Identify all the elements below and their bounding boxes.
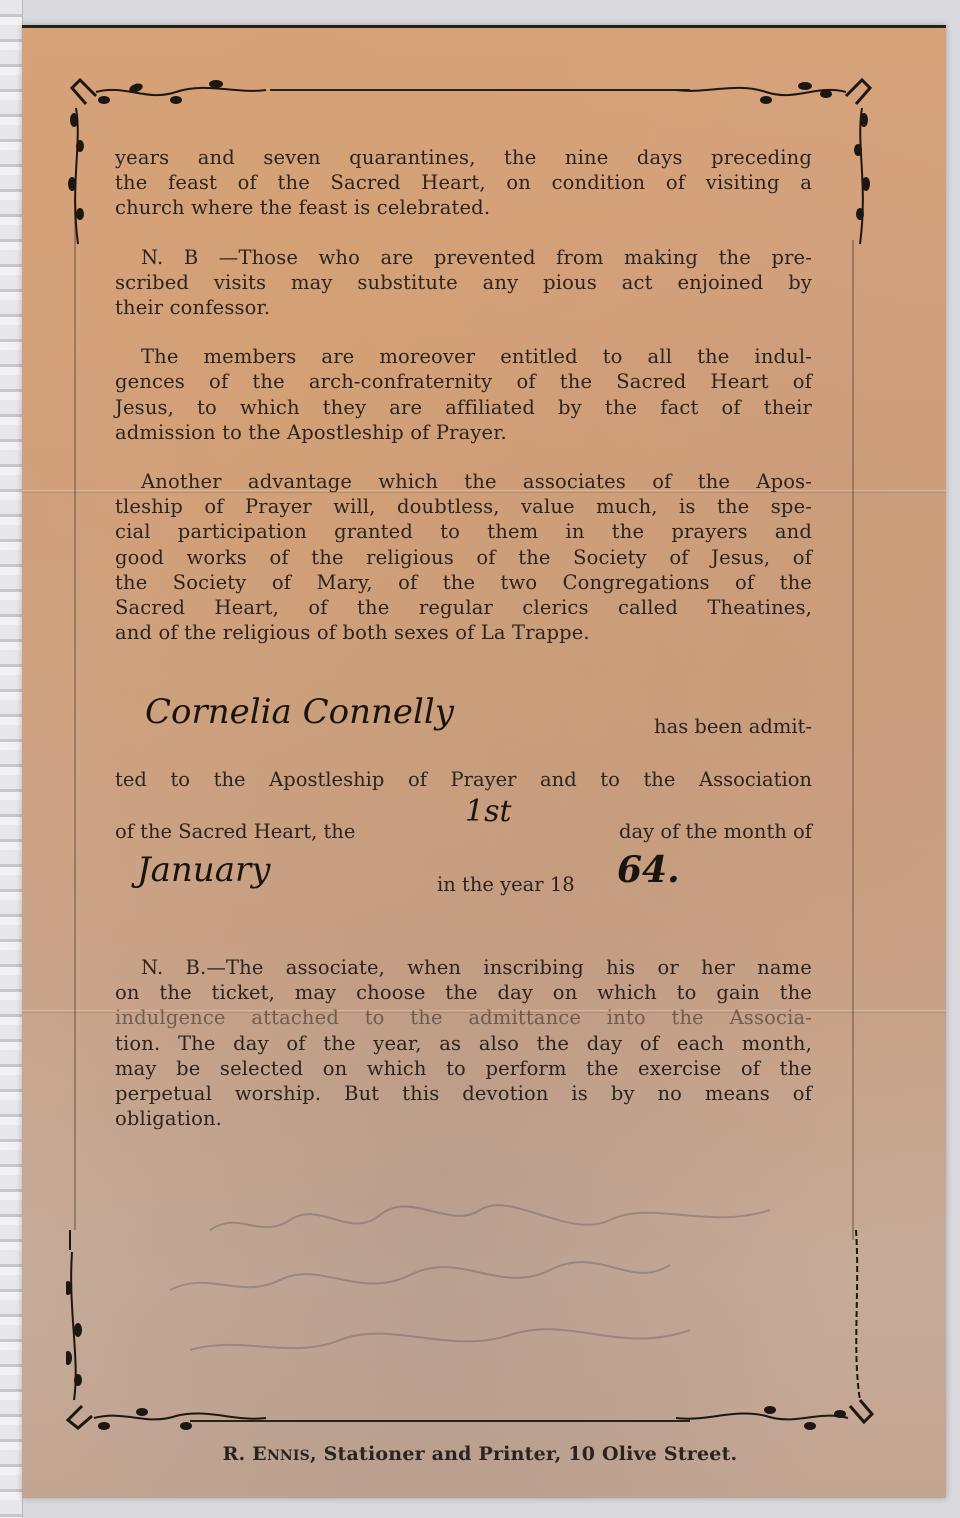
frame-left-rule [74, 200, 76, 1230]
certificate-month-year-line: January in the year 18 64. [115, 858, 812, 918]
sleeve-binder-edge [0, 0, 23, 1518]
text-line: Jesus, to which they are affiliated by t… [115, 395, 812, 420]
text-line: obligation. [115, 1106, 812, 1131]
text-line: on the ticket, may choose the day on whi… [115, 980, 812, 1005]
frame-right-rule [852, 240, 854, 1240]
printer-imprint: R. ENNIS, Stationer and Printer, 10 Oliv… [0, 1443, 960, 1465]
text-line: may be selected on which to perform the … [115, 1056, 812, 1081]
certificate-name-line: Cornelia Connelly has been admit- [115, 700, 812, 740]
faint-pencil-scribble-icon [150, 1170, 810, 1380]
printed-month-of-text: day of the month of [619, 819, 812, 844]
text-line: cial participation granted to them in th… [115, 519, 812, 544]
handwritten-month: January [137, 858, 270, 883]
printed-body-text: years and seven quarantines, the nine da… [115, 145, 812, 669]
imprint-initial: R. E [223, 1443, 267, 1465]
frame-top-rule [270, 89, 690, 91]
closing-note: N. B.—The associate, when inscribing his… [115, 955, 812, 1131]
text-line: tleship of Prayer will, doubtless, value… [115, 494, 812, 519]
text-line: perpetual worship. But this devotion is … [115, 1081, 812, 1106]
text-line: the Society of Mary, of the two Congrega… [115, 570, 812, 595]
text-line: the feast of the Sacred Heart, on condit… [115, 170, 812, 195]
paragraph-indulgence-continuation: years and seven quarantines, the nine da… [115, 145, 812, 221]
handwritten-member-name: Cornelia Connelly [145, 700, 454, 725]
text-line: The members are moreover entitled to all… [115, 344, 812, 369]
text-line: years and seven quarantines, the nine da… [115, 145, 812, 170]
text-line: N. B —Those who are prevented from makin… [115, 245, 812, 270]
certificate-date-line: of the Sacred Heart, the 1st day of the … [115, 805, 812, 855]
text-line: Another advantage which the associates o… [115, 469, 812, 494]
text-line: admission to the Apostleship of Prayer. [115, 420, 812, 445]
paragraph-another-advantage: Another advantage which the associates o… [115, 469, 812, 645]
paragraph-nb-confessor: N. B —Those who are prevented from makin… [115, 245, 812, 321]
printed-year-text: in the year 18 [437, 872, 575, 897]
handwritten-year: 64. [617, 858, 680, 883]
text-line: and of the religious of both sexes of La… [115, 620, 812, 645]
text-line-faded: indulgence attached to the admittance in… [115, 1005, 812, 1030]
text-line: their confessor. [115, 295, 812, 320]
printed-admitted-text: has been admit- [654, 714, 812, 739]
printed-association-text: ted to the Apostleship of Prayer and to … [115, 767, 812, 792]
text-line: gences of the arch-confraternity of the … [115, 369, 812, 394]
imprint-rest: , Stationer and Printer, 10 Olive Street… [310, 1443, 737, 1465]
imprint-smallcaps: NNIS [267, 1448, 310, 1464]
text-line: Sacred Heart, of the regular clerics cal… [115, 595, 812, 620]
text-line: church where the feast is celebrated. [115, 195, 812, 220]
printed-sacred-heart-text: of the Sacred Heart, the [115, 819, 355, 844]
certificate-line-2: ted to the Apostleship of Prayer and to … [115, 767, 812, 792]
text-line: good works of the religious of the Socie… [115, 545, 812, 570]
text-line: scribed visits may substitute any pious … [115, 270, 812, 295]
handwritten-day: 1st [465, 799, 512, 824]
paragraph-members-indulgences: The members are moreover entitled to all… [115, 344, 812, 445]
text-line: tion. The day of the year, as also the d… [115, 1031, 812, 1056]
text-line: N. B.—The associate, when inscribing his… [115, 955, 812, 980]
